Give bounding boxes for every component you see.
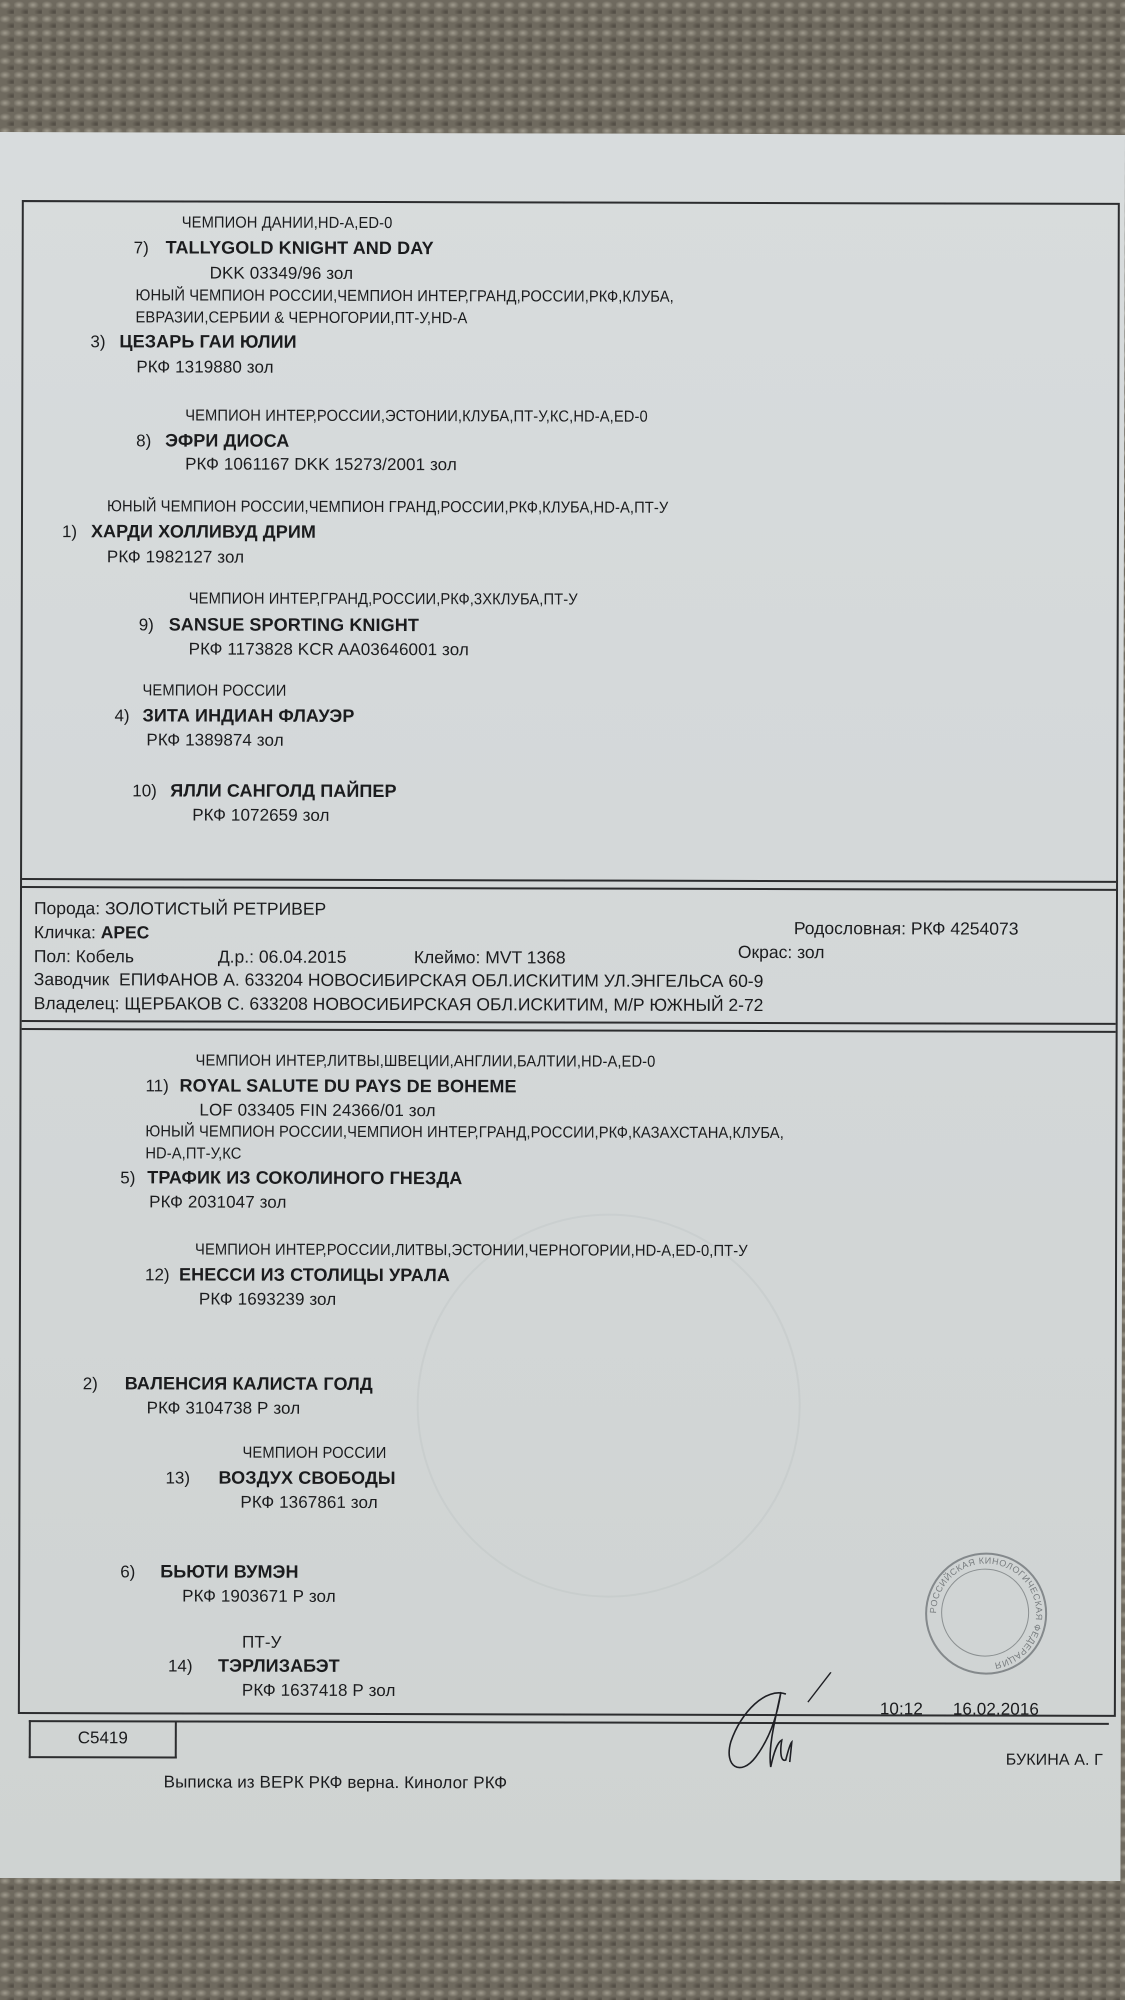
ancestor-registration: DKK 03349/96 зол (210, 264, 354, 284)
dob-row: Д.р.: 06.04.2015 (218, 947, 347, 968)
color-value: зол (797, 942, 824, 962)
brand-row: Клеймо: MVT 1368 (414, 947, 566, 968)
ancestor-number: 9) (139, 615, 154, 635)
ancestor-titles: HD-A,ПТ-У,КС (145, 1145, 241, 1163)
rkf-stamp: РОССИЙСКАЯ КИНОЛОГИЧЕСКАЯ ФЕДЕРАЦИЯ (925, 1552, 1047, 1674)
brand-label: Клеймо: (414, 947, 481, 967)
pedigree-frame: ЧЕМПИОН ДАНИИ,HD-A,ED-0 7) TALLYGOLD KNI… (18, 200, 1120, 1717)
ancestor-registration: РКФ 1982127 зол (107, 547, 244, 567)
stamp-text: РОССИЙСКАЯ КИНОЛОГИЧЕСКАЯ ФЕДЕРАЦИЯ (928, 1555, 1044, 1671)
signature-icon (716, 1672, 866, 1782)
ancestor-number: 14) (168, 1656, 193, 1676)
ancestor-name: ЦЕЗАРЬ ГАИ ЮЛИИ (119, 331, 296, 352)
sex-label: Пол: (34, 946, 71, 966)
pedigree-value: РКФ 4254073 (911, 918, 1019, 938)
breed-row: Порода: ЗОЛОТИСТЫЙ РЕТРИВЕР (34, 898, 326, 920)
ancestor-name: ТРАФИК ИЗ СОКОЛИНОГО ГНЕЗДА (147, 1167, 462, 1189)
ancestor-name: БЬЮТИ ВУМЭН (160, 1561, 298, 1582)
pedigree-document: ЧЕМПИОН ДАНИИ,HD-A,ED-0 7) TALLYGOLD KNI… (0, 132, 1125, 1881)
ancestor-registration: LOF 033405 FIN 24366/01 зол (199, 1101, 435, 1122)
ancestor-number: 12) (145, 1265, 170, 1285)
ancestor-number: 10) (132, 781, 157, 801)
breeder-label: Заводчик (34, 969, 110, 989)
ancestor-registration: РКФ 3104738 Р зол (147, 1398, 301, 1418)
ancestor-registration: РКФ 1367861 зол (240, 1493, 377, 1513)
breeder-value: ЕПИФАНОВ А. 633204 НОВОСИБИРСКАЯ ОБЛ.ИСК… (119, 969, 763, 991)
ancestor-titles: ЧЕМПИОН ДАНИИ,HD-A,ED-0 (182, 214, 393, 233)
ancestor-titles: ЕВРАЗИИ,СЕРБИИ & ЧЕРНОГОРИИ,ПТ-У,HD-A (135, 309, 467, 328)
ancestor-registration: РКФ 1072659 зол (192, 806, 329, 826)
ancestor-titles: ЮНЫЙ ЧЕМПИОН РОССИИ,ЧЕМПИОН ГРАНД,РОССИИ… (107, 498, 668, 517)
ancestor-registration: РКФ 1637418 Р зол (242, 1681, 396, 1701)
owner-row: Владелец: ЩЕРБАКОВ С. 633208 НОВОСИБИРСК… (34, 993, 764, 1016)
breed-value: ЗОЛОТИСТЫЙ РЕТРИВЕР (105, 898, 326, 919)
ancestor-number: 1) (62, 522, 77, 542)
ancestor-number: 3) (90, 332, 105, 352)
print-time: 10:12 (880, 1699, 923, 1719)
ancestor-name: ТЭРЛИЗАБЭТ (218, 1656, 340, 1677)
ancestor-titles: ЧЕМПИОН ИНТЕР,ГРАНД,РОССИИ,РКФ,3ХКЛУБА,П… (189, 590, 578, 609)
ancestor-registration: РКФ 1693239 зол (199, 1290, 336, 1310)
ancestor-registration: РКФ 2031047 зол (149, 1192, 286, 1212)
breed-label: Порода: (34, 898, 100, 918)
ancestor-number: 6) (120, 1562, 135, 1582)
ancestor-number: 11) (145, 1076, 168, 1096)
dog-name-value: АРЕС (101, 922, 150, 942)
ancestor-registration: РКФ 1319880 зол (136, 357, 273, 377)
sex-value: Кобель (76, 946, 134, 966)
ancestor-registration: РКФ 1389874 зол (146, 730, 283, 750)
ancestor-registration: РКФ 1173828 KCR AA03646001 зол (189, 639, 469, 660)
ancestor-name: ХАРДИ ХОЛЛИВУД ДРИМ (91, 521, 316, 543)
ancestor-number: 4) (114, 706, 129, 726)
certification-text: Выписка из ВЕРК РКФ верна. Кинолог РКФ (164, 1772, 508, 1793)
ancestor-registration: РКФ 1903671 Р зол (182, 1586, 336, 1606)
ancestor-name: ЭФРИ ДИОСА (165, 430, 289, 451)
ancestor-name: ЗИТА ИНДИАН ФЛАУЭР (142, 705, 354, 727)
section-divider (22, 878, 1116, 891)
ancestor-number: 5) (120, 1168, 135, 1188)
brand-value: MVT 1368 (485, 947, 565, 967)
ancestor-name: SANSUE SPORTING KNIGHT (169, 614, 419, 636)
ancestor-titles: ЧЕМПИОН ИНТЕР,РОССИИ,ЭСТОНИИ,КЛУБА,ПТ-У,… (185, 407, 648, 426)
document-code: C5419 (29, 1720, 177, 1758)
print-date: 16.02.2016 (953, 1700, 1039, 1720)
name-row: Кличка: АРЕС (34, 922, 149, 943)
ancestor-number: 7) (134, 238, 149, 258)
pedigree-row: Родословная: РКФ 4254073 (794, 918, 1019, 940)
ancestor-name: ВАЛЕНСИЯ КАЛИСТА ГОЛД (125, 1373, 373, 1395)
ancestor-titles: ПТ-У (242, 1633, 282, 1653)
dog-name-label: Кличка: (34, 922, 96, 942)
owner-label: Владелец: (34, 993, 120, 1013)
breeder-row: Заводчик ЕПИФАНОВ А. 633204 НОВОСИБИРСКА… (34, 969, 764, 992)
ancestor-name: ВОЗДУХ СВОБОДЫ (218, 1468, 395, 1489)
dob-label: Д.р.: (218, 947, 254, 967)
svg-text:РОССИЙСКАЯ КИНОЛОГИЧЕСКАЯ ФЕДЕ: РОССИЙСКАЯ КИНОЛОГИЧЕСКАЯ ФЕДЕРАЦИЯ (928, 1555, 1044, 1671)
ancestor-titles: ЧЕМПИОН РОССИИ (143, 682, 287, 700)
ancestor-registration: РКФ 1061167 DKK 15273/2001 зол (185, 454, 457, 475)
ancestor-titles: ЧЕМПИОН РОССИИ (243, 1445, 387, 1463)
ancestor-number: 13) (165, 1468, 190, 1488)
footer-divider (29, 1720, 1109, 1725)
ancestor-name: ROYAL SALUTE DU PAYS DE BOHEME (179, 1075, 516, 1097)
ancestor-titles: ЮНЫЙ ЧЕМПИОН РОССИИ,ЧЕМПИОН ИНТЕР,ГРАНД,… (145, 1123, 784, 1143)
signatory-name: БУКИНА А. Г (1006, 1752, 1103, 1770)
ancestor-number: 2) (83, 1374, 98, 1394)
dob-value: 06.04.2015 (259, 947, 347, 967)
ancestor-titles: ЧЕМПИОН ИНТЕР,РОССИИ,ЛИТВЫ,ЭСТОНИИ,ЧЕРНО… (195, 1242, 748, 1261)
owner-value: ЩЕРБАКОВ С. 633208 НОВОСИБИРСКАЯ ОБЛ.ИСК… (124, 993, 763, 1015)
pedigree-label: Родословная: (794, 918, 906, 938)
ancestor-titles: ЮНЫЙ ЧЕМПИОН РОССИИ,ЧЕМПИОН ИНТЕР,ГРАНД,… (136, 287, 674, 306)
color-label: Окрас: (738, 942, 792, 962)
ancestor-name: TALLYGOLD KNIGHT AND DAY (166, 237, 434, 259)
ancestor-name: ЕНЕССИ ИЗ СТОЛИЦЫ УРАЛА (179, 1264, 450, 1286)
sex-row: Пол: Кобель (34, 946, 134, 967)
section-divider (22, 1020, 1116, 1033)
ancestor-titles: ЧЕМПИОН ИНТЕР,ЛИТВЫ,ШВЕЦИИ,АНГЛИИ,БАЛТИИ… (196, 1053, 656, 1072)
ancestor-name: ЯЛЛИ САНГОЛД ПАЙПЕР (170, 780, 396, 802)
color-row: Окрас: зол (738, 942, 825, 963)
ancestor-number: 8) (136, 431, 151, 451)
